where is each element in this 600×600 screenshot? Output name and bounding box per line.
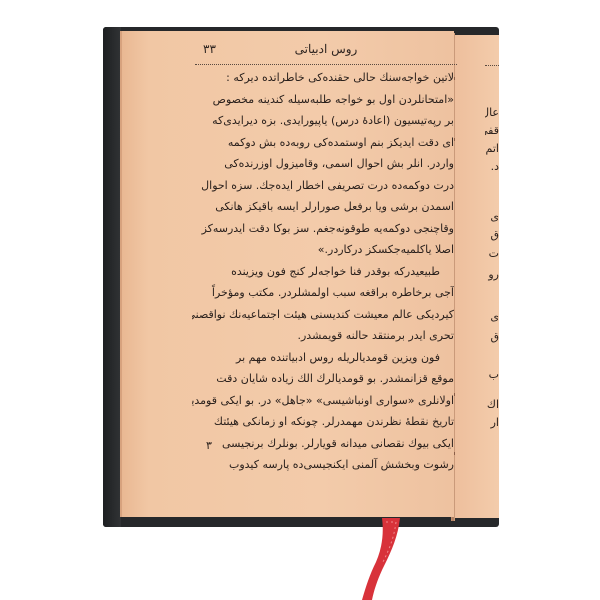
page-number: ٣٣ xyxy=(203,42,216,56)
right-page-fragment: اتم xyxy=(485,142,499,155)
text-line: لاتین خواجه‌سنك حالی حقنده‌كی خاطراتده د… xyxy=(192,67,454,89)
text-line: طبیعیدركه بوقدر فنا خواجه‌لر كنج فون ویز… xyxy=(192,261,454,283)
text-line: تحری ایدر برمنتقد حالنه قویمشدر. xyxy=(192,325,454,347)
cover-spine-edge xyxy=(103,27,121,527)
text-line: درت دوكمه‌ده درت تصریفی اخطار ایده‌جك. س… xyxy=(192,175,454,197)
right-page-fragment: ی xyxy=(485,210,499,223)
page-body-text: لاتین خواجه‌سنك حالی حقنده‌كی خاطراتده د… xyxy=(192,67,454,476)
right-page-fragment: اك xyxy=(485,398,499,411)
text-line: اصلا یاكلمیه‌جكسكز دركاردر.» xyxy=(192,239,454,261)
text-line: تاریخ نقطهٔ نظرندن مهمدرلر. چونكه او زما… xyxy=(192,411,454,433)
text-line: واردر. انلر بش احوال اسمی، وقامیزول اوزر… xyxy=(192,153,454,175)
signature-mark: ٣ xyxy=(206,439,212,452)
text-line: ای دقت ایدیكز بنم اوستمده‌كی روبه‌ده بش … xyxy=(192,132,454,154)
right-page-fragment: قفی xyxy=(485,124,499,137)
right-page-fragment: ت xyxy=(485,247,499,260)
text-line: «امتحانلردن اول بو خواجه طلبه‌سیله كندین… xyxy=(192,89,454,111)
text-line: بر رپه‌تیسیون (اعادهٔ درس) یاپیورایدی. ب… xyxy=(192,110,454,132)
right-page-fragment: ب xyxy=(485,368,499,381)
header-dotted-rule xyxy=(195,64,457,65)
right-page-fragment: ق xyxy=(485,228,499,241)
text-line: اولانلری «سواری اونباشیسی» «جاهل» در. بو… xyxy=(192,390,454,412)
right-page-fragment: رو xyxy=(485,268,499,281)
text-line: كیردیكی عالم معیشت كندیسنی هیئت اجتماعیه… xyxy=(192,304,454,326)
text-line: اسمدن برشی ویا برفعل صورارلر ایسه باقیكز… xyxy=(192,196,454,218)
text-line: رشوت وبخشش آلمنی ایكنجیسی‌ده پارسه كیدوب xyxy=(192,454,454,476)
right-page-fragment: ق xyxy=(485,330,499,343)
right-page-fragment: ار xyxy=(485,416,499,429)
right-page-header-rule xyxy=(485,65,499,66)
ribbon-bookmark xyxy=(362,518,422,600)
left-page: روس ادبیاتی ٣٣ لاتین خواجه‌سنك حالی حقند… xyxy=(120,31,454,517)
page-header: روس ادبیاتی ٣٣ xyxy=(195,42,457,60)
right-page-fragment: د. xyxy=(485,160,499,173)
text-line: آجی برخاطره براقغه سبب اولمشلردر. مكتب و… xyxy=(192,282,454,304)
text-line: موقع قزانمشدر. بو قومدیالرك الك زیاده شا… xyxy=(192,368,454,390)
right-page-fragment: ی xyxy=(485,310,499,323)
text-line: وقاچنجی دوكمه‌یه طوقونه‌جغم. سز بوكا دقت… xyxy=(192,218,454,240)
text-line: ایكی بیوك نقصانی میدانه قویارلر. بونلرك … xyxy=(192,433,454,455)
right-page-fragment: عال xyxy=(485,106,499,119)
running-head: روس ادبیاتی xyxy=(195,42,457,56)
text-line: فون ویزین قومدیالریله روس ادبیاتنده مهم … xyxy=(192,347,454,369)
